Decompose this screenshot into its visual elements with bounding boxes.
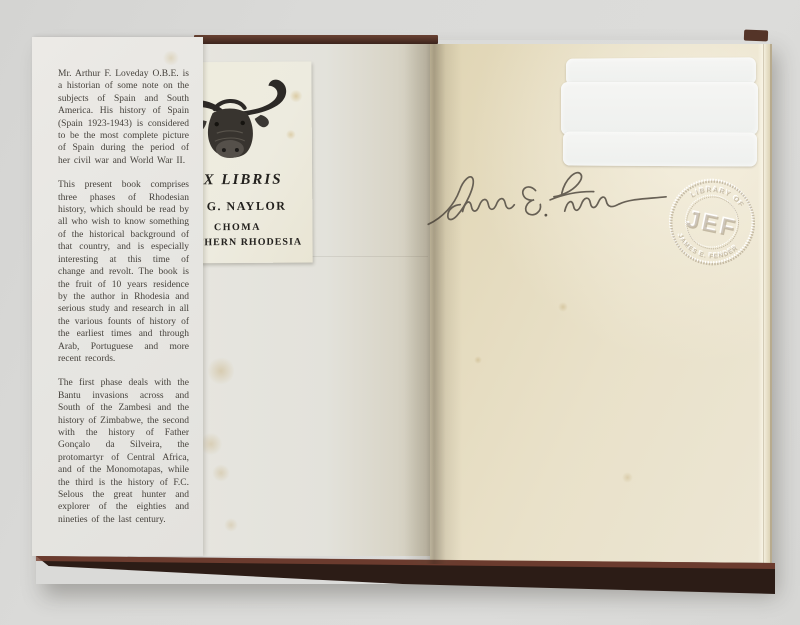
owner-signature: [422, 148, 674, 249]
flap-paragraph: The first phase deals with the Bantu inv…: [58, 377, 189, 526]
foxing-stain: [162, 51, 180, 65]
board-top-edge: [194, 35, 438, 44]
photo-of-open-book: EX LIBRIS E. G. NAYLOR CHOMA SOUTHERN RH…: [0, 0, 800, 625]
foxing-stain: [558, 302, 568, 312]
stamp-monogram: JEF: [684, 206, 740, 243]
blank-label: [561, 82, 758, 135]
flap-paragraph: This present book comprises three phases…: [58, 179, 189, 365]
flap-blurb: Mr. Arthur F. Loveday O.B.E. is a histor…: [58, 68, 189, 538]
page-edge-stack: [758, 44, 772, 564]
board-corner-mark: [744, 30, 768, 42]
foxing-stain: [622, 472, 633, 483]
dust-jacket-flap: Mr. Arthur F. Loveday O.B.E. is a histor…: [32, 37, 203, 556]
embossed-library-stamp: LIBRARY OF JAMES E. FENDER JEF LIBRARY O…: [655, 165, 769, 279]
front-free-endpaper-page: LIBRARY OF JAMES E. FENDER JEF LIBRARY O…: [430, 44, 772, 564]
flap-paragraph: Mr. Arthur F. Loveday O.B.E. is a histor…: [58, 68, 189, 167]
foxing-stain: [474, 356, 482, 364]
